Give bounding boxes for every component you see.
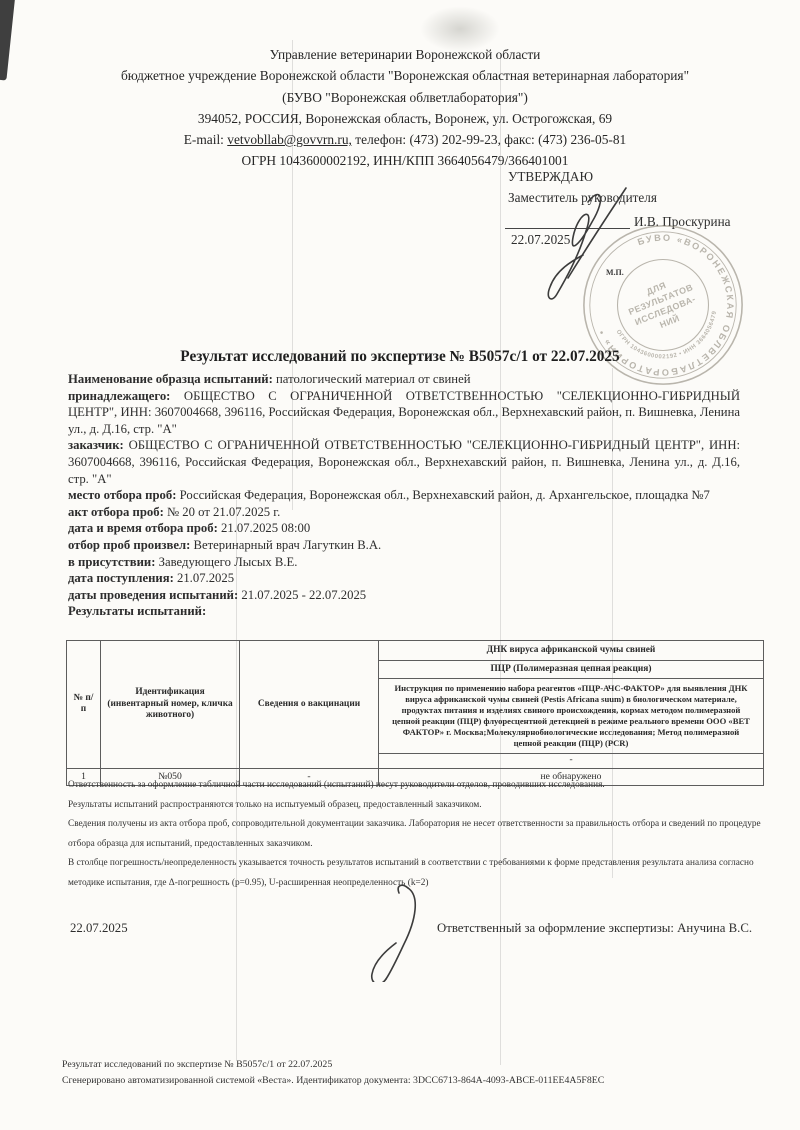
method-short-cell: ПЦР (Полимеразная цепная реакция) [379,661,764,679]
results-table: № п/п Идентификация (инвентарный номер, … [66,640,764,786]
field-customer: заказчик: ОБЩЕСТВО С ОГРАНИЧЕННОЙ ОТВЕТС… [68,437,740,487]
phone-fax: телефон: (473) 202-99-23, факс: (473) 23… [355,132,626,147]
field-sampling-place: место отбора проб: Российская Федерация,… [68,487,740,504]
org-registration-numbers: ОГРН 1043600002192, ИНН/КПП 3664056479/3… [20,150,790,171]
footer-expertise-line: Результат исследований по экспертизе № В… [62,1057,762,1073]
results-section-label: Результаты испытаний: [68,603,740,620]
org-parent-name: Управление ветеринарии Воронежской облас… [20,44,790,65]
org-full-name: бюджетное учреждение Воронежской области… [20,65,790,86]
footnote: Сведения получены из акта отбора проб, с… [68,815,768,854]
field-owner: принадлежащего: ОБЩЕСТВО С ОГРАНИЧЕННОЙ … [68,388,740,438]
document-title: Результат исследований по экспертизе № В… [0,348,800,366]
organization-header: Управление ветеринарии Воронежской облас… [20,44,790,172]
email-label: E-mail: [184,132,224,147]
field-sampled-by: отбор проб произвел: Ветеринарный врач Л… [68,537,740,554]
method-full-cell: Инструкция по применению набора реагенто… [379,679,764,754]
document-footer: Результат исследований по экспертизе № В… [62,1057,762,1088]
sample-info-section: Наименование образца испытаний: патологи… [68,371,740,620]
col-header-row-number: № п/п [67,641,101,769]
field-testing-dates: даты проведения испытаний: 21.07.2025 - … [68,587,740,604]
test-name-cell: ДНК вируса африканской чумы свиней [379,641,764,661]
org-contacts-line: E-mail: vetvobllab@govvrn.ru, телефон: (… [20,129,790,150]
footnote: Ответственность за оформление табличной … [68,776,768,796]
footnotes-section: Ответственность за оформление табличной … [68,776,768,893]
email-link: vetvobllab@govvrn.ru, [227,132,352,147]
field-received-date: дата поступления: 21.07.2025 [68,570,740,587]
col-header-vaccination: Сведения о вакцинации [240,641,379,769]
footer-generated-line: Сгенерировано автоматизированной системо… [62,1073,762,1089]
org-address: 394052, РОССИЯ, Воронежская область, Вор… [20,108,790,129]
footnote: Результаты испытаний распространяются то… [68,796,768,816]
field-witness: в присутствии: Заведующего Лысых В.Е. [68,554,740,571]
field-sampling-datetime: дата и время отбора проб: 21.07.2025 08:… [68,520,740,537]
uncertainty-cell: - [379,754,764,769]
scan-edge-mark [0,0,16,81]
responsible-person-line: Ответственный за оформление экспертизы: … [437,921,752,936]
field-sampling-act: акт отбора проб: № 20 от 21.07.2025 г. [68,504,740,521]
scanned-lab-report-page: Управление ветеринарии Воронежской облас… [0,0,800,1130]
org-short-name: (БУВО "Воронежская облветлаборатория") [20,87,790,108]
field-sample-name: Наименование образца испытаний: патологи… [68,371,740,388]
col-header-identification: Идентификация (инвентарный номер, кличка… [101,641,240,769]
responsible-signature-scribble [356,882,436,982]
signoff-date: 22.07.2025 [70,921,128,936]
